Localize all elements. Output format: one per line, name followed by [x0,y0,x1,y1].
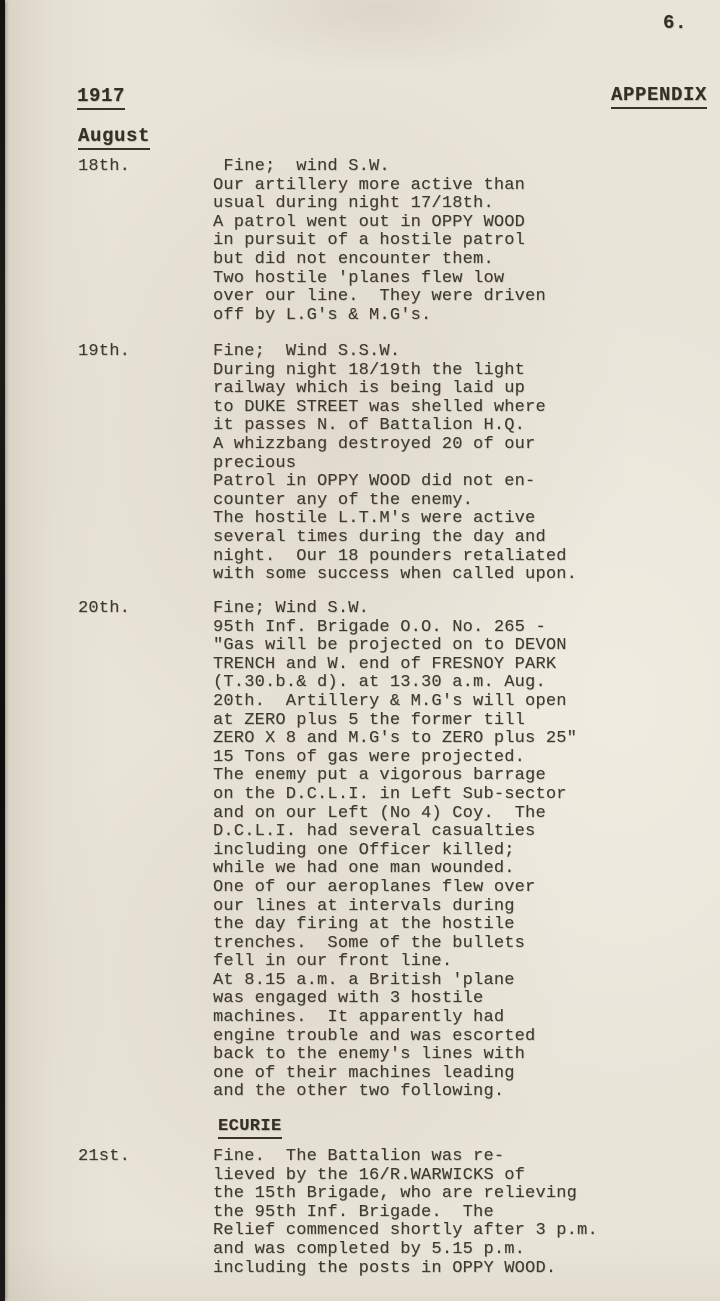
diary-line: One of our aeroplanes flew over [213,879,577,898]
diary-line: and was completed by 5.15 p.m. [213,1241,598,1260]
appendix-heading: APPENDIX [611,84,707,109]
diary-line: to DUKE STREET was shelled where [213,399,577,418]
entry-date: 20th. [78,600,213,619]
diary-line: 95th Inf. Brigade O.O. No. 265 - [213,619,577,638]
entry-body: Fine; wind S.W.Our artillery more active… [213,158,546,325]
diary-line: while we had one man wounded. [213,860,577,879]
diary-line: During night 18/19th the light [213,362,577,381]
entry-date: 18th. [78,158,213,177]
diary-line: at ZERO plus 5 the former till [213,712,577,731]
diary-line: back to the enemy's lines with [213,1046,577,1065]
diary-line: usual during night 17/18th. [213,195,546,214]
diary-entry-19th: 19th. Fine; Wind S.S.W.During night 18/1… [78,343,577,585]
diary-line: ZERO X 8 and M.G's to ZERO plus 25" [213,730,577,749]
diary-line: The enemy put a vigorous barrage [213,767,577,786]
diary-line: Two hostile 'planes flew low [213,270,546,289]
diary-line: machines. It apparently had [213,1009,577,1028]
diary-line: with some success when called upon. [213,566,577,585]
diary-line: and the other two following. [213,1083,577,1102]
location-heading: ECURIE [218,1117,282,1139]
diary-line: Fine; Wind S.S.W. [213,343,577,362]
diary-line: was engaged with 3 hostile [213,990,577,1009]
diary-line: (T.30.b.& d). at 13.30 a.m. Aug. [213,674,577,693]
diary-line: one of their machines leading [213,1065,577,1084]
diary-line: Our artillery more active than [213,177,546,196]
diary-line: precious [213,455,577,474]
entry-date: 21st. [78,1148,213,1167]
diary-line: in pursuit of a hostile patrol [213,232,546,251]
diary-line: railway which is being laid up [213,380,577,399]
page-number: 6. [663,12,687,34]
diary-line: 20th. Artillery & M.G's will open [213,693,577,712]
diary-line: The hostile L.T.M's were active [213,510,577,529]
diary-line: our lines at intervals during [213,898,577,917]
diary-entry-18th: 18th. Fine; wind S.W.Our artillery more … [78,158,546,325]
year-heading: 1917 [77,85,125,110]
diary-line: A patrol went out in OPPY WOOD [213,214,546,233]
diary-line: the 15th Brigade, who are relieving [213,1185,598,1204]
diary-line: Relief commenced shortly after 3 p.m. [213,1222,598,1241]
diary-line: At 8.15 a.m. a British 'plane [213,972,577,991]
diary-line: but did not encounter them. [213,251,546,270]
diary-line: and on our Left (No 4) Coy. The [213,805,577,824]
diary-line: trenches. Some of the bullets [213,935,577,954]
diary-line: including one Officer killed; [213,842,577,861]
diary-line: over our line. They were driven [213,288,546,307]
diary-page: 6. 1917 APPENDIX August 18th. Fine; wind… [0,0,720,1301]
diary-line: Fine. The Battalion was re- [213,1148,598,1167]
diary-line: including the posts in OPPY WOOD. [213,1260,598,1279]
diary-line: Fine; wind S.W. [213,158,546,177]
diary-line: the 95th Inf. Brigade. The [213,1204,598,1223]
diary-line: engine trouble and was escorted [213,1028,577,1047]
diary-line: several times during the day and [213,529,577,548]
diary-line: fell in our front line. [213,953,577,972]
diary-entry-20th: 20th. Fine; Wind S.W.95th Inf. Brigade O… [78,600,577,1102]
diary-line: D.C.L.I. had several casualties [213,823,577,842]
diary-line: lieved by the 16/R.WARWICKS of [213,1167,598,1186]
diary-line: night. Our 18 pounders retaliated [213,548,577,567]
binding-edge [0,0,5,1301]
diary-line: counter any of the enemy. [213,492,577,511]
diary-line: A whizzbang destroyed 20 of our [213,436,577,455]
diary-line: the day firing at the hostile [213,916,577,935]
entry-body: Fine; Wind S.S.W.During night 18/19th th… [213,343,577,585]
entry-body: Fine; Wind S.W.95th Inf. Brigade O.O. No… [213,600,577,1102]
month-heading: August [78,125,150,150]
diary-line: on the D.C.L.I. in Left Sub-sector [213,786,577,805]
diary-line: off by L.G's & M.G's. [213,307,546,326]
diary-line: "Gas will be projected on to DEVON [213,637,577,656]
diary-line: it passes N. of Battalion H.Q. [213,417,577,436]
diary-entry-21st: 21st. Fine. The Battalion was re-lieved … [78,1148,598,1278]
diary-line: 15 Tons of gas were projected. [213,749,577,768]
entry-date: 19th. [78,343,213,362]
entry-body: Fine. The Battalion was re-lieved by the… [213,1148,598,1278]
diary-line: Fine; Wind S.W. [213,600,577,619]
diary-line: Patrol in OPPY WOOD did not en- [213,473,577,492]
diary-line: TRENCH and W. end of FRESNOY PARK [213,656,577,675]
